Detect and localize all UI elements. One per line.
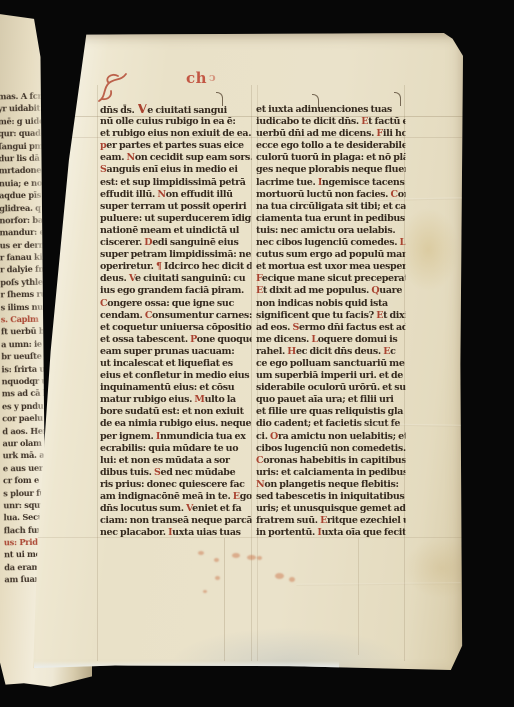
ink-segment: edi sanguinē eius — [152, 237, 238, 248]
ink-segment: ris prius: donec quiescere fac — [100, 479, 245, 490]
manuscript-text-line: ciamenta tua erunt in pedibus — [256, 213, 405, 225]
ink-segment: onsumentur carnes: — [152, 310, 251, 321]
manuscript-text-line: iudicabo te dicit dn̄s. Et factū est — [256, 116, 405, 128]
manuscript-text-line: eam super prunas uacuam: — [100, 346, 251, 358]
ink-segment: dn̄s d̄s. — [100, 105, 137, 116]
manuscript-text-line: per partes et partes suas eice — [100, 140, 251, 152]
facing-page-fragment-line: poſs ythle — [0, 276, 47, 289]
facing-page-fragment-line: r fanau ki — [0, 251, 47, 264]
stain-spot — [232, 553, 240, 558]
ink-segment: culorū tuorū in plaga: et nō plā — [256, 152, 405, 163]
manuscript-text-line: cendam. Consumentur carnes: — [100, 310, 251, 322]
ink-segment: me dicens. — [256, 334, 311, 345]
ink-segment: ecce ego tollo a te desiderabile o — [256, 140, 405, 151]
manuscript-text-line: rahel. Hec dicit dn̄s deus. Ec — [256, 346, 405, 358]
ink-segment: est: et sup limpidissimā petrā — [100, 177, 246, 188]
ink-segment: eam super prunas uacuam: — [100, 346, 234, 357]
ink-segment: oquere domui is — [318, 334, 398, 345]
ink-segment: er partes et partes suas eice — [106, 140, 243, 151]
facing-page-fragment-line: ft uerbū bi — [1, 325, 48, 338]
manuscript-text-line: et mortua est uxor mea uesperi. — [256, 261, 405, 273]
ink-segment: on plangetis neque flebitis: — [264, 479, 398, 490]
ink-segment: nec cibos lugenciū comedes. — [256, 237, 400, 248]
ink-segment: cibos lugenciū non comedetis. — [256, 443, 405, 454]
ink-segment: nec placabor. — [100, 527, 168, 538]
stain-spot — [203, 590, 207, 593]
rubric-segment: Q — [371, 285, 379, 296]
manuscript-text-line: nū olle cuius rubigo in ea ē: — [100, 116, 251, 128]
manuscript-text-line: effudit illū. Non effudit illū — [100, 189, 251, 201]
ink-segment: ut incalescat et liquefiat es — [100, 358, 233, 369]
stain-spot — [214, 558, 219, 562]
manuscript-text-line: uris; et unusquisque gemet ad — [256, 503, 405, 515]
ink-segment: lui: et non es mūdata a sor — [100, 455, 230, 466]
manuscript-text-line: ciscerer. Dedi sanguinē eius — [100, 237, 251, 249]
ink-segment: puluere: ut superducerem īdig — [100, 213, 251, 224]
ruling-line-lower-tick-a — [224, 538, 225, 661]
ink-segment: ra amictu non uelabitis; et — [278, 431, 406, 442]
facing-page-fragment-line: ms ad cā b — [2, 387, 49, 400]
stain-spot — [198, 551, 204, 555]
ink-segment: e ciuitati sanguinū: cu — [135, 273, 245, 284]
facing-page-fragment-line: mas. A fcr — [0, 90, 45, 103]
manuscript-text-line: et coquetur uniuersa cōpositio. — [100, 322, 251, 334]
ink-segment: et filie ure quas reliquistis gla — [256, 406, 403, 417]
manuscript-text-line: ci. Ora amictu non uelabitis; et — [256, 431, 405, 443]
facing-page-fragment-line: br ueuſte — [1, 350, 48, 363]
ink-segment: nationē meam et uindictā ul — [100, 225, 239, 236]
manuscript-text-line: ris prius: donec quiescere fac — [100, 479, 251, 491]
manuscript-text-line: um superbiā imperii uri. et de — [256, 370, 405, 382]
ruling-line-lower-tick-b — [358, 538, 359, 655]
manuscript-text-line: lacrime tue. Ingemisce tacens: — [256, 177, 405, 189]
running-title-flourish: ↄ — [209, 71, 216, 84]
ink-segment: go — [240, 491, 252, 502]
rubric-segment: D — [144, 237, 152, 248]
rubric-segment: E — [256, 285, 263, 296]
manuscript-text-line: deus. Ve ciuitati sanguinū: cu — [100, 273, 251, 285]
ink-segment: ecique mane sicut preceperat michi. — [262, 273, 406, 284]
ink-segment: ad eos. — [256, 322, 292, 333]
manuscript-text-line: Sanguis enī eius in medio ei — [100, 164, 251, 176]
ink-segment: anguis enī eius in medio ei — [107, 164, 238, 175]
ink-segment: matur rubigo eius. — [100, 394, 194, 405]
manuscript-text-line: ges neque plorabis neque fluent — [256, 164, 405, 176]
ink-segment: t factū est — [368, 116, 405, 127]
ink-segment: rahel. — [256, 346, 287, 357]
manuscript-text-line: eam. Non cecidit sup eam sors. — [100, 152, 251, 164]
ink-segment: deus. — [100, 273, 129, 284]
ink-segment: ce ego polluam sanctuariū me — [256, 358, 405, 369]
ink-segment: ci. — [256, 431, 270, 442]
manuscript-text-line: et ossa tabescent. Pone quoque — [100, 334, 251, 346]
vellum-crease — [296, 582, 461, 586]
manuscript-text-line: de ea nimia rubigo eius. neque — [100, 418, 251, 430]
facing-page-fragment-line: mandur: e — [0, 226, 47, 239]
facing-page-fragment-line: is: ſrirta u — [1, 362, 48, 375]
manuscript-text-line: Et dixit ad me populus. Quare — [256, 285, 405, 297]
ink-segment: in portentū. — [256, 527, 317, 538]
manuscript-text-line: siderabile oculorū urōrū. et sup — [256, 382, 405, 394]
ink-segment: operiretur. — [100, 261, 156, 272]
rubric-segment: E — [320, 515, 327, 526]
facing-page-fragment-line: es y pndu — [2, 399, 49, 412]
manuscript-text-line: am indignacōnē meā in te. Ego — [100, 491, 251, 503]
ink-segment: cendam. — [100, 310, 145, 321]
ink-segment: one quoque — [197, 334, 252, 345]
ink-segment: ermo dn̄i factus est ad — [299, 322, 405, 333]
ink-segment: non indicas nobis quid ista — [256, 298, 388, 309]
ink-segment: de ea nimia rubigo eius. neque — [100, 418, 251, 429]
ink-segment: eius et confletur in medio eius — [100, 370, 249, 381]
manuscript-text-line: nationē meam et uindictā ul — [100, 225, 251, 237]
manuscript-text-line: puluere: ut superducerem īdig — [100, 213, 251, 225]
manuscript-text-line: operiretur. ¶ Idcirco hec dicit dn̄s — [100, 261, 251, 273]
stain-spot — [257, 556, 262, 560]
ink-segment: am indignacōnē meā in te. — [100, 491, 233, 502]
manuscript-page: chↄ dn̄s d̄s. Ve ciuitati sanguinū olle … — [28, 33, 463, 670]
manuscript-text-line: non indicas nobis quid ista — [256, 298, 405, 310]
manuscript-text-line: dibus tuis. Sed nec mūdabe — [100, 467, 251, 479]
ink-segment: ritque ezechiel uobis — [327, 515, 405, 526]
manuscript-text-line: bore sudatū est: et non exiuit — [100, 406, 251, 418]
ink-segment: super petram limpidissimā: ne — [100, 249, 251, 260]
ink-segment: significent que tu facis? — [256, 310, 376, 321]
ink-segment: inquinamentū eius: et cōsu — [100, 382, 234, 393]
facing-page-fragment-line: d aos. Her — [2, 424, 49, 437]
facing-page-fragment-line: mē: g uidor — [0, 114, 45, 127]
manuscript-text-line: cutus sum ergo ad populū mane: — [256, 249, 405, 261]
ink-segment: iudicabo te dicit dn̄s. — [256, 116, 361, 127]
manuscript-text-line: inquinamentū eius: et cōsu — [100, 382, 251, 394]
ink-segment: ed nec mūdabe — [160, 467, 235, 478]
text-column-right: et iuxta adinuenciones tuasiudicabo te d… — [256, 104, 405, 539]
facing-page-fragment-line: ſangui pm — [0, 139, 45, 152]
ink-segment: et ossa tabescent. — [100, 334, 190, 345]
manuscript-text-line: ius ego grandem faciā piram. — [100, 285, 251, 297]
ink-segment: on cecidit sup eam sors. — [135, 152, 252, 163]
manuscript-text-line: ce ego polluam sanctuariū me — [256, 358, 405, 370]
rubric-segment: N — [127, 152, 135, 163]
ink-segment: eniet et fa — [192, 503, 241, 514]
stain-spot — [289, 577, 295, 582]
ink-segment: ec dicit dn̄s deus. — [296, 346, 383, 357]
ink-segment: cutus sum ergo ad populū mane: — [256, 249, 405, 260]
ink-segment: nū olle cuius rubigo in ea ē: — [100, 116, 236, 127]
manuscript-text-line: matur rubigo eius. Multo la — [100, 394, 251, 406]
manuscript-text-line: et filie ure quas reliquistis gla — [256, 406, 405, 418]
ink-segment: e ciuitati sangui — [147, 105, 227, 116]
ink-segment: dibus tuis. — [100, 467, 154, 478]
ink-segment: et iuxta adinuenciones tuas — [256, 104, 392, 115]
ink-segment: Idcirco hec dicit dn̄s — [162, 261, 252, 272]
text-column-left: dn̄s d̄s. Ve ciuitati sanguinū olle cuiu… — [100, 104, 251, 539]
ink-segment: oronas habebitis in capitibus — [263, 455, 405, 466]
facing-page-fragment-line: a umn: ie — [1, 337, 48, 350]
facing-page-fragment-line: nuia; e no — [0, 176, 46, 189]
ink-segment: et coquetur uniuersa cōpositio. — [100, 322, 251, 333]
rubric-segment: V — [137, 104, 147, 116]
ink-segment: uxta oīa que fecit — [321, 527, 405, 538]
manuscript-text-line: uris: et calciamenta in pedibus. — [256, 467, 405, 479]
manuscript-text-line: Coronas habebitis in capitibus — [256, 455, 405, 467]
ink-segment: lacrime tue. — [256, 177, 318, 188]
ink-segment: um superbiā imperii uri. et de — [256, 370, 403, 381]
manuscript-text-line: ecce ego tollo a te desiderabile o — [256, 140, 405, 152]
ink-segment: ongere ossa: que igne suc — [107, 298, 234, 309]
manuscript-text-line: et iuxta adinuenciones tuas — [256, 104, 405, 116]
manuscript-text-line: tuis: nec amictu ora uelabis. — [256, 225, 405, 237]
ink-segment: ciscerer. — [100, 237, 144, 248]
manuscript-text-line: in portentū. Iuxta oīa que fecit — [256, 527, 405, 539]
ink-segment: per ignem. — [100, 431, 156, 442]
ink-segment: uxta uias tuas — [172, 527, 240, 538]
manuscript-text-line: significent que tu facis? Et dixi — [256, 310, 405, 322]
facing-page-fragment-line: us er dern — [0, 238, 47, 251]
photograph-of-open-book: mas. A fcryr uidabitmē: g uidorqur: quad… — [0, 0, 514, 707]
ink-segment: on effudit illū — [166, 189, 233, 200]
ink-segment: et mortua est uxor mea uesperi. — [256, 261, 405, 272]
manuscript-text-line: fratrem suū. Eritque ezechiel uobis — [256, 515, 405, 527]
manuscript-text-line: Congere ossa: que igne suc — [100, 298, 251, 310]
ink-segment: effudit illū. — [100, 189, 157, 200]
manuscript-text-line: super petram limpidissimā: ne — [100, 249, 251, 261]
facing-page-fragment-line: r dalyie fm — [0, 263, 47, 276]
manuscript-text-line: cibos lugenciū non comedetis. — [256, 443, 405, 455]
manuscript-text-line: culorū tuorū in plaga: et nō plā — [256, 152, 405, 164]
facing-page-fragment-line: urk mā. ap — [3, 449, 50, 462]
facing-page-fragment-line: s ilims nu — [0, 300, 47, 313]
facing-page-fragment-line: s. Caplm — [1, 313, 48, 326]
ink-segment: ngemisce tacens: — [322, 177, 406, 188]
facing-page-fragment-line: dur lis dā — [0, 152, 46, 165]
ink-segment: uris: et calciamenta in pedibus. — [256, 467, 405, 478]
manuscript-text-line: nec placabor. Iuxta uias tuas — [100, 527, 251, 539]
ink-segment: bore sudatū est: et non exiuit — [100, 406, 244, 417]
manuscript-text-line: est: et sup limpidissimā petrā — [100, 177, 251, 189]
ink-segment: eam. — [100, 152, 127, 163]
rubric-segment: O — [270, 431, 278, 442]
manuscript-text-line: Fecique mane sicut preceperat michi. — [256, 273, 405, 285]
facing-page-fragment-line: aur olam — [2, 437, 49, 450]
ink-segment: fratrem suū. — [256, 515, 320, 526]
stain-spot — [215, 576, 220, 580]
ink-segment: et rubigo eius non exiuit de ea. — [100, 128, 251, 139]
rubric-segment: M — [194, 394, 204, 405]
ruling-line-left-margin — [97, 85, 98, 661]
facing-page-fragment-line: nquodqr u — [2, 375, 49, 388]
ink-segment: c — [390, 346, 395, 357]
ink-segment: ciam: non transeā neque parcā: — [100, 515, 251, 526]
facing-page-fragment-line: mrtadone — [0, 164, 46, 177]
manuscript-text-line: ut incalescat et liquefiat es — [100, 358, 251, 370]
ink-segment: tuis: nec amictu ora uelabis. — [256, 225, 395, 236]
facing-page-fragment-line: norfor: ba — [0, 214, 46, 227]
stain-spot — [275, 573, 284, 579]
manuscript-text-line: eius et confletur in medio eius — [100, 370, 251, 382]
running-title-text: ch — [186, 69, 207, 87]
ink-segment: nmundicia tua ex — [160, 431, 246, 442]
stain-spot — [247, 555, 256, 560]
running-title: chↄ — [186, 69, 214, 87]
facing-page-fragment-line: r ſhems ru — [0, 288, 47, 301]
facing-page-fragment-line: yr uidabit — [0, 102, 45, 115]
manuscript-text-line: uerbū dn̄i ad me dicens. Fili hois: — [256, 128, 405, 140]
ink-segment: dn̄s locutus sum. — [100, 503, 186, 514]
ink-segment: ulto la — [205, 394, 236, 405]
manuscript-text-line: ecrabilis: quia mūdare te uo — [100, 443, 251, 455]
ink-segment: ges neque plorabis neque fluent — [256, 164, 405, 175]
manuscript-text-line: ad eos. Sermo dn̄i factus est ad — [256, 322, 405, 334]
ink-segment: ciamenta tua erunt in pedibus — [256, 213, 405, 224]
manuscript-text-line: super terram ut possit operiri — [100, 201, 251, 213]
manuscript-text-line: dn̄s locutus sum. Veniet et fa — [100, 503, 251, 515]
manuscript-text-line: Non plangetis neque flebitis: — [256, 479, 405, 491]
manuscript-text-line: ciam: non transeā neque parcā: — [100, 515, 251, 527]
ink-segment: super terram ut possit operiri — [100, 201, 246, 212]
ink-segment: ili hois: — [383, 128, 406, 139]
manuscript-text-line: lui: et non es mūdata a sor — [100, 455, 251, 467]
ink-segment: siderabile oculorū urōrū. et sup — [256, 382, 405, 393]
manuscript-text-line: per ignem. Inmundicia tua ex — [100, 431, 251, 443]
rubric-segment: C — [145, 310, 152, 321]
ink-segment: t dixi — [383, 310, 405, 321]
ink-segment: uerbū dn̄i ad me dicens. — [256, 128, 376, 139]
facing-page-fragment-line: cor paelu — [2, 412, 49, 425]
facing-page-fragment-line: aqdue pīs — [0, 189, 46, 202]
ink-segment: quo pauet aīa ura; et filii uri — [256, 394, 394, 405]
facing-page-fragment-line: qur: quado — [0, 127, 45, 140]
manuscript-text-line: quo pauet aīa ura; et filii uri — [256, 394, 405, 406]
initial-flourish-icon — [94, 69, 130, 107]
ink-segment: ius ego grandem faciā piram. — [100, 285, 244, 296]
manuscript-text-line: et rubigo eius non exiuit de ea. — [100, 128, 251, 140]
ink-segment: uris; et unusquisque gemet ad — [256, 503, 405, 514]
ink-segment: ecrabilis: quia mūdare te uo — [100, 443, 238, 454]
ink-segment: uare — [379, 285, 402, 296]
manuscript-text-line: dn̄s d̄s. Ve ciuitati sangui — [100, 104, 251, 116]
manuscript-text-line: nec cibos lugenciū comedes. Lo — [256, 237, 405, 249]
ink-segment: t dixit ad me populus. — [263, 285, 371, 296]
ink-segment: sed tabescetis in iniquitatibus — [256, 491, 404, 502]
manuscript-text-line: me dicens. Loquere domui is — [256, 334, 405, 346]
facing-page-fragment-line: glidrea. q — [0, 201, 46, 214]
manuscript-text-line: sed tabescetis in iniquitatibus — [256, 491, 405, 503]
